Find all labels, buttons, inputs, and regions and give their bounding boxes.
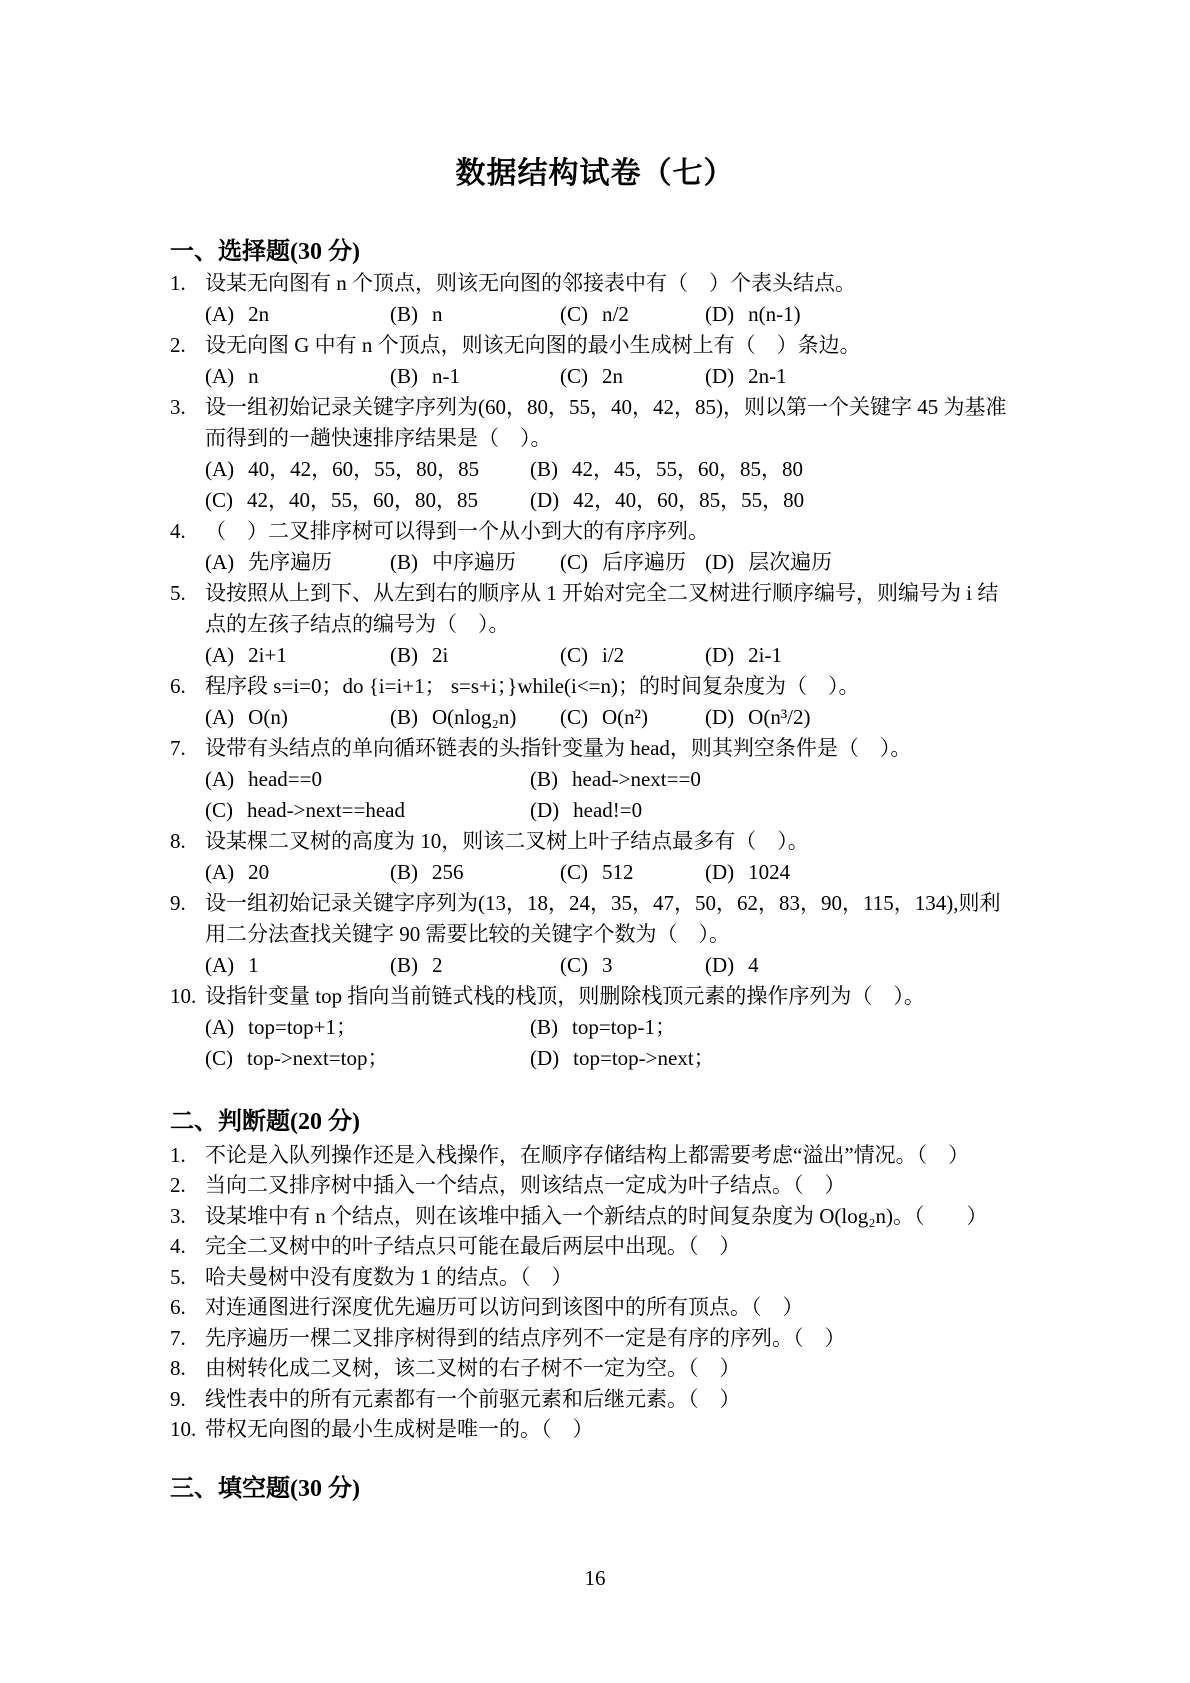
option-label: (C) bbox=[560, 643, 588, 667]
option: (D)层次遍历 bbox=[705, 547, 832, 577]
judge-item: 2.当向二叉排序树中插入一个结点，则该结点一定成为叶子结点。（ ） bbox=[170, 1170, 1090, 1200]
options-row: (A)O(n) (B)O(nlog₂n) (C)O(n²) (D)O(n³/2) bbox=[170, 702, 1090, 732]
option-text: 先序遍历 bbox=[248, 550, 332, 574]
option-text: n(n-1) bbox=[748, 302, 800, 326]
question-text: 用二分法查找关键字 90 需要比较的关键字个数为（ ）。 bbox=[205, 922, 730, 946]
option-text: top->next=top； bbox=[247, 1046, 389, 1070]
question-stem-cont: 而得到的一趟快速排序结果是（ ）。 bbox=[170, 423, 1125, 453]
judge-item: 7.先序遍历一棵二叉排序树得到的结点序列不一定是有序的序列。（ ） bbox=[170, 1323, 1090, 1353]
section-heading-choice: 一、选择题(30 分) bbox=[170, 236, 360, 268]
option-text: 3 bbox=[602, 953, 613, 977]
option: (B)n bbox=[390, 299, 443, 329]
option: (B)2i bbox=[390, 640, 448, 670]
option-label: (B) bbox=[530, 767, 558, 791]
option-label: (B) bbox=[530, 457, 558, 481]
option-label: (B) bbox=[390, 953, 418, 977]
option-text: 42，40，60，85，55，80 bbox=[573, 488, 804, 512]
options-row: (A)40，42，60，55，80，85 (B)42，45，55，60，85，8… bbox=[170, 454, 1090, 484]
option-text: head->next==0 bbox=[572, 767, 701, 791]
option: (D)42，40，60，85，55，80 bbox=[530, 485, 804, 515]
option-label: (B) bbox=[390, 550, 418, 574]
option-label: (D) bbox=[530, 1046, 559, 1070]
option: (D)4 bbox=[705, 950, 759, 980]
options-row: (A)n (B)n-1 (C)2n (D)2n-1 bbox=[170, 361, 1090, 391]
option: (D)2i-1 bbox=[705, 640, 782, 670]
judge-item: 6.对连通图进行深度优先遍历可以访问到该图中的所有顶点。（ ） bbox=[170, 1292, 1090, 1322]
option-label: (C) bbox=[205, 1046, 233, 1070]
question-stem: 4.（ ）二叉排序树可以得到一个从小到大的有序序列。 bbox=[170, 516, 1090, 546]
option: (B)O(nlog₂n) bbox=[390, 702, 516, 732]
option-label: (B) bbox=[390, 364, 418, 388]
option-text: 20 bbox=[248, 860, 269, 884]
judge-item: 8.由树转化成二叉树，该二叉树的右子树不一定为空。（ ） bbox=[170, 1353, 1090, 1383]
question-text: （ ）二叉排序树可以得到一个从小到大的有序序列。 bbox=[205, 519, 709, 543]
option-text: 层次遍历 bbox=[748, 550, 832, 574]
question-stem: 8.设某棵二叉树的高度为 10，则该二叉树上叶子结点最多有（ ）。 bbox=[170, 826, 1090, 856]
options-row: (A)20 (B)256 (C)512 (D)1024 bbox=[170, 857, 1090, 887]
option-label: (B) bbox=[390, 860, 418, 884]
question-text: 设指针变量 top 指向当前链式栈的栈顶，则删除栈顶元素的操作序列为（ ）。 bbox=[205, 984, 925, 1008]
option-label: (C) bbox=[560, 364, 588, 388]
option-text: i/2 bbox=[602, 643, 624, 667]
option-text: O(nlog₂n) bbox=[432, 705, 516, 729]
option-text: n bbox=[248, 364, 259, 388]
judge-text: 对连通图进行深度优先遍历可以访问到该图中的所有顶点。（ ） bbox=[205, 1295, 804, 1319]
option: (A)40，42，60，55，80，85 bbox=[205, 454, 479, 484]
option: (A)20 bbox=[205, 857, 269, 887]
option: (D)top=top->next； bbox=[530, 1043, 715, 1073]
question-stem: 7.设带有头结点的单向循环链表的头指针变量为 head，则其判空条件是（ ）。 bbox=[170, 733, 1090, 763]
option: (C)512 bbox=[560, 857, 634, 887]
option-label: (A) bbox=[205, 364, 234, 388]
question-number: 7. bbox=[170, 733, 205, 763]
option: (A)n bbox=[205, 361, 259, 391]
question-stem: 5.设按照从上到下、从左到右的顺序从 1 开始对完全二叉树进行顺序编号，则编号为… bbox=[170, 578, 1090, 608]
question-number: 4. bbox=[170, 516, 205, 546]
option: (C)head->next==head bbox=[205, 795, 405, 825]
option: (C)O(n²) bbox=[560, 702, 648, 732]
question-number: 8. bbox=[170, 826, 205, 856]
option: (A)2i+1 bbox=[205, 640, 287, 670]
option: (B)head->next==0 bbox=[530, 764, 701, 794]
option: (B)256 bbox=[390, 857, 464, 887]
question-number: 5. bbox=[170, 578, 205, 608]
section-heading-judge: 二、判断题(20 分) bbox=[170, 1106, 360, 1138]
option: (D)O(n³/2) bbox=[705, 702, 810, 732]
option-label: (A) bbox=[205, 1015, 234, 1039]
option-text: head==0 bbox=[248, 767, 322, 791]
option-label: (A) bbox=[205, 550, 234, 574]
question-stem-cont: 点的左孩子结点的编号为（ ）。 bbox=[170, 609, 1125, 639]
option-label: (C) bbox=[205, 798, 233, 822]
option-text: head!=0 bbox=[573, 798, 642, 822]
options-row: (C)42，40，55，60，80，85 (D)42，40，60，85，55，8… bbox=[170, 485, 1090, 515]
judge-item: 5.哈夫曼树中没有度数为 1 的结点。（ ） bbox=[170, 1262, 1090, 1292]
option: (A)先序遍历 bbox=[205, 547, 332, 577]
options-row: (A)1 (B)2 (C)3 (D)4 bbox=[170, 950, 1090, 980]
option-text: 2n bbox=[602, 364, 623, 388]
options-row: (A)top=top+1； (B)top=top-1； bbox=[170, 1012, 1090, 1042]
option-label: (B) bbox=[530, 1015, 558, 1039]
option-label: (A) bbox=[205, 953, 234, 977]
option: (B)n-1 bbox=[390, 361, 460, 391]
option: (A)2n bbox=[205, 299, 269, 329]
option-label: (A) bbox=[205, 643, 234, 667]
option-label: (D) bbox=[705, 705, 734, 729]
option-label: (A) bbox=[205, 767, 234, 791]
question-stem-cont: 用二分法查找关键字 90 需要比较的关键字个数为（ ）。 bbox=[170, 919, 1125, 949]
judge-item: 10.带权无向图的最小生成树是唯一的。（ ） bbox=[170, 1414, 1090, 1444]
question-text: 而得到的一趟快速排序结果是（ ）。 bbox=[205, 426, 552, 450]
option-text: 2i+1 bbox=[248, 643, 287, 667]
option-text: 2n bbox=[248, 302, 269, 326]
question-number: 3. bbox=[170, 1201, 205, 1231]
option-label: (C) bbox=[560, 705, 588, 729]
option: (D)n(n-1) bbox=[705, 299, 801, 329]
option-text: top=top+1； bbox=[248, 1015, 357, 1039]
option: (A)top=top+1； bbox=[205, 1012, 357, 1042]
question-number: 8. bbox=[170, 1353, 205, 1383]
option-label: (A) bbox=[205, 457, 234, 481]
option-text: 42，45，55，60，85，80 bbox=[572, 457, 803, 481]
question-text: 点的左孩子结点的编号为（ ）。 bbox=[205, 612, 510, 636]
question-stem: 9.设一组初始记录关键字序列为(13，18，24，35，47，50，62，83，… bbox=[170, 888, 1090, 918]
question-text: 设一组初始记录关键字序列为(60，80，55，40，42，85)，则以第一个关键… bbox=[205, 395, 1006, 419]
judge-text: 线性表中的所有元素都有一个前驱元素和后继元素。（ ） bbox=[205, 1387, 741, 1411]
judge-text: 设某堆中有 n 个结点，则在该堆中插入一个新结点的时间复杂度为 O(log₂n)… bbox=[205, 1204, 988, 1228]
option-text: top=top->next； bbox=[573, 1046, 715, 1070]
option: (B)42，45，55，60，85，80 bbox=[530, 454, 803, 484]
judge-text: 当向二叉排序树中插入一个结点，则该结点一定成为叶子结点。（ ） bbox=[205, 1173, 846, 1197]
question-number: 1. bbox=[170, 268, 205, 298]
option-label: (B) bbox=[390, 302, 418, 326]
section-heading-fill: 三、填空题(30 分) bbox=[170, 1473, 360, 1505]
question-number: 4. bbox=[170, 1231, 205, 1261]
option-label: (B) bbox=[390, 705, 418, 729]
option-text: 2i-1 bbox=[748, 643, 782, 667]
question-text: 设某棵二叉树的高度为 10，则该二叉树上叶子结点最多有（ ）。 bbox=[205, 829, 809, 853]
option-label: (C) bbox=[560, 953, 588, 977]
option-text: n/2 bbox=[602, 302, 629, 326]
options-row: (C)head->next==head (D)head!=0 bbox=[170, 795, 1090, 825]
option-text: O(n) bbox=[248, 705, 288, 729]
option: (C)top->next=top； bbox=[205, 1043, 389, 1073]
option-text: 2 bbox=[432, 953, 443, 977]
options-row: (A)2i+1 (B)2i (C)i/2 (D)2i-1 bbox=[170, 640, 1090, 670]
question-number: 2. bbox=[170, 330, 205, 360]
option-label: (A) bbox=[205, 705, 234, 729]
judge-text: 由树转化成二叉树，该二叉树的右子树不一定为空。（ ） bbox=[205, 1356, 741, 1380]
option: (A)1 bbox=[205, 950, 259, 980]
exam-title: 数据结构试卷（七） bbox=[0, 148, 1190, 192]
question-number: 9. bbox=[170, 1384, 205, 1414]
option-text: head->next==head bbox=[247, 798, 405, 822]
option-label: (D) bbox=[530, 488, 559, 512]
judge-text: 哈夫曼树中没有度数为 1 的结点。（ ） bbox=[205, 1265, 573, 1289]
option: (A)O(n) bbox=[205, 702, 288, 732]
option-text: top=top-1； bbox=[572, 1015, 676, 1039]
option-label: (D) bbox=[705, 550, 734, 574]
option-label: (A) bbox=[205, 302, 234, 326]
option-text: 512 bbox=[602, 860, 634, 884]
options-row: (A)head==0 (B)head->next==0 bbox=[170, 764, 1090, 794]
option: (C)42，40，55，60，80，85 bbox=[205, 485, 478, 515]
option-text: 40，42，60，55，80，85 bbox=[248, 457, 479, 481]
exam-page: 数据结构试卷（七） 一、选择题(30 分) 1.设某无向图有 n 个顶点，则该无… bbox=[0, 0, 1190, 1683]
judge-item: 9.线性表中的所有元素都有一个前驱元素和后继元素。（ ） bbox=[170, 1384, 1090, 1414]
option-label: (D) bbox=[705, 302, 734, 326]
judge-item: 3.设某堆中有 n 个结点，则在该堆中插入一个新结点的时间复杂度为 O(log₂… bbox=[170, 1201, 1090, 1231]
option: (B)中序遍历 bbox=[390, 547, 516, 577]
question-stem: 10.设指针变量 top 指向当前链式栈的栈顶，则删除栈顶元素的操作序列为（ ）… bbox=[170, 981, 1090, 1011]
option-text: O(n²) bbox=[602, 705, 648, 729]
option: (D)2n-1 bbox=[705, 361, 787, 391]
option: (C)i/2 bbox=[560, 640, 624, 670]
option-label: (C) bbox=[560, 302, 588, 326]
option-text: 2i bbox=[432, 643, 448, 667]
option: (C)后序遍历 bbox=[560, 547, 686, 577]
judge-text: 先序遍历一棵二叉排序树得到的结点序列不一定是有序的序列。（ ） bbox=[205, 1326, 846, 1350]
option-text: n bbox=[432, 302, 443, 326]
option-label: (C) bbox=[560, 550, 588, 574]
question-stem: 1.设某无向图有 n 个顶点，则该无向图的邻接表中有（ ）个表头结点。 bbox=[170, 268, 1090, 298]
option-text: 1 bbox=[248, 953, 259, 977]
option-text: 中序遍历 bbox=[432, 550, 516, 574]
option-label: (D) bbox=[705, 364, 734, 388]
option: (C)n/2 bbox=[560, 299, 629, 329]
judge-item: 4.完全二叉树中的叶子结点只可能在最后两层中出现。（ ） bbox=[170, 1231, 1090, 1261]
option: (A)head==0 bbox=[205, 764, 322, 794]
option-label: (C) bbox=[205, 488, 233, 512]
judge-item: 1.不论是入队列操作还是入栈操作，在顺序存储结构上都需要考虑“溢出”情况。（ ） bbox=[170, 1140, 1090, 1170]
question-text: 设某无向图有 n 个顶点，则该无向图的邻接表中有（ ）个表头结点。 bbox=[205, 271, 856, 295]
option: (B)2 bbox=[390, 950, 443, 980]
option-label: (D) bbox=[705, 953, 734, 977]
option-text: 256 bbox=[432, 860, 464, 884]
question-text: 设一组初始记录关键字序列为(13，18，24，35，47，50，62，83，90… bbox=[205, 891, 1000, 915]
option-text: 2n-1 bbox=[748, 364, 787, 388]
question-text: 设带有头结点的单向循环链表的头指针变量为 head，则其判空条件是（ ）。 bbox=[205, 736, 911, 760]
question-stem: 6.程序段 s=i=0；do {i=i+1； s=s+i；}while(i<=n… bbox=[170, 671, 1090, 701]
question-number: 10. bbox=[170, 1414, 205, 1444]
option-label: (B) bbox=[390, 643, 418, 667]
question-number: 6. bbox=[170, 1292, 205, 1322]
option: (C)2n bbox=[560, 361, 623, 391]
page-number: 16 bbox=[0, 1566, 1190, 1591]
judge-text: 带权无向图的最小生成树是唯一的。（ ） bbox=[205, 1417, 594, 1441]
question-number: 3. bbox=[170, 392, 205, 422]
option-label: (C) bbox=[560, 860, 588, 884]
question-number: 9. bbox=[170, 888, 205, 918]
options-row: (C)top->next=top； (D)top=top->next； bbox=[170, 1043, 1090, 1073]
option-label: (D) bbox=[530, 798, 559, 822]
question-text: 设无向图 G 中有 n 个顶点，则该无向图的最小生成树上有（ ）条边。 bbox=[205, 333, 861, 357]
question-number: 1. bbox=[170, 1140, 205, 1170]
option-text: n-1 bbox=[432, 364, 460, 388]
option-label: (D) bbox=[705, 860, 734, 884]
option-label: (A) bbox=[205, 860, 234, 884]
question-text: 设按照从上到下、从左到右的顺序从 1 开始对完全二叉树进行顺序编号，则编号为 i… bbox=[205, 581, 998, 605]
question-number: 2. bbox=[170, 1170, 205, 1200]
option: (C)3 bbox=[560, 950, 613, 980]
question-stem: 2.设无向图 G 中有 n 个顶点，则该无向图的最小生成树上有（ ）条边。 bbox=[170, 330, 1090, 360]
question-number: 7. bbox=[170, 1323, 205, 1353]
option-text: 42，40，55，60，80，85 bbox=[247, 488, 478, 512]
option: (B)top=top-1； bbox=[530, 1012, 676, 1042]
judge-text: 不论是入队列操作还是入栈操作，在顺序存储结构上都需要考虑“溢出”情况。（ ） bbox=[205, 1143, 969, 1167]
option: (D)1024 bbox=[705, 857, 790, 887]
option: (D)head!=0 bbox=[530, 795, 642, 825]
options-row: (A)2n (B)n (C)n/2 (D)n(n-1) bbox=[170, 299, 1090, 329]
question-stem: 3.设一组初始记录关键字序列为(60，80，55，40，42，85)，则以第一个… bbox=[170, 392, 1090, 422]
option-text: 4 bbox=[748, 953, 759, 977]
option-text: 1024 bbox=[748, 860, 790, 884]
question-number: 10. bbox=[170, 981, 205, 1011]
option-text: 后序遍历 bbox=[602, 550, 686, 574]
option-label: (D) bbox=[705, 643, 734, 667]
judge-text: 完全二叉树中的叶子结点只可能在最后两层中出现。（ ） bbox=[205, 1234, 741, 1258]
options-row: (A)先序遍历 (B)中序遍历 (C)后序遍历 (D)层次遍历 bbox=[170, 547, 1090, 577]
option-text: O(n³/2) bbox=[748, 705, 810, 729]
question-text: 程序段 s=i=0；do {i=i+1； s=s+i；}while(i<=n)；… bbox=[205, 674, 860, 698]
question-number: 5. bbox=[170, 1262, 205, 1292]
question-number: 6. bbox=[170, 671, 205, 701]
